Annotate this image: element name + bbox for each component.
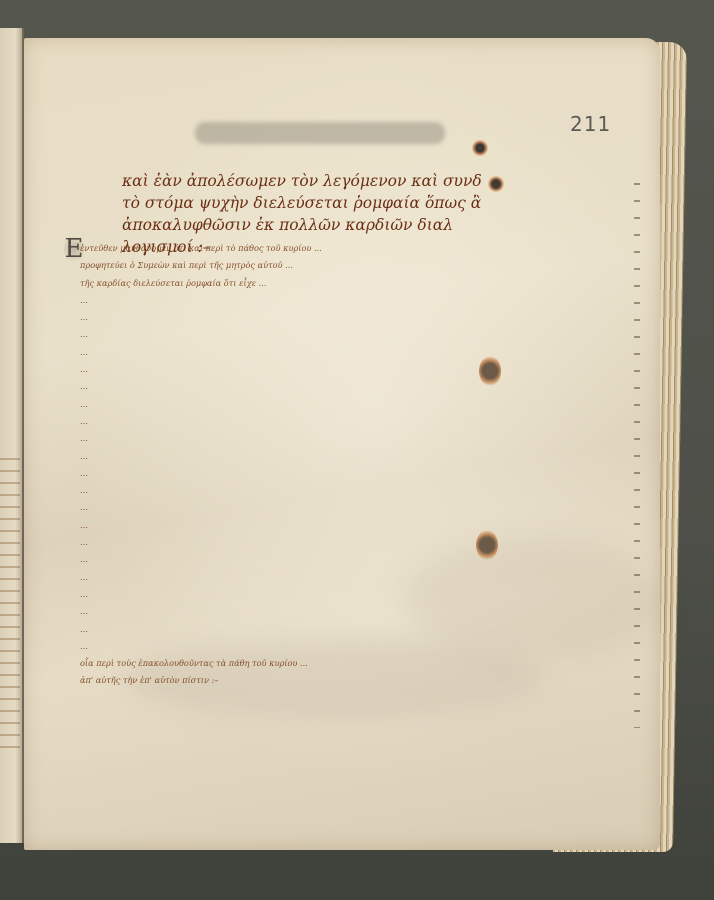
text-line: ... bbox=[80, 448, 500, 465]
text-line: ... bbox=[80, 378, 500, 395]
text-line: ... bbox=[80, 517, 500, 534]
text-line: ... bbox=[80, 430, 500, 447]
cross-ornament-icon bbox=[488, 176, 504, 192]
text-line: ... bbox=[80, 396, 500, 413]
text-line: ἐντεῦθεν μανθάνομεν ὅτι καὶ περὶ τὸ πάθο… bbox=[80, 240, 500, 257]
text-line: ... bbox=[80, 482, 500, 499]
text-line: προφητεύει ὁ Συμεὼν καὶ περὶ τῆς μητρὸς … bbox=[80, 257, 500, 274]
faded-title-line bbox=[195, 122, 445, 144]
text-line: ... bbox=[80, 413, 500, 430]
text-line: ... bbox=[80, 465, 500, 482]
text-line: ... bbox=[80, 499, 500, 516]
body-text: ἐντεῦθεν μανθάνομεν ὅτι καὶ περὶ τὸ πάθο… bbox=[80, 240, 500, 690]
text-line: ... bbox=[80, 361, 500, 378]
left-page-text bbox=[0, 448, 20, 748]
heading-line: ἀποκαλυφθῶσιν ἐκ πολλῶν καρδιῶν διαλ bbox=[122, 214, 482, 236]
text-line: ... bbox=[80, 569, 500, 586]
text-line: ... bbox=[80, 551, 500, 568]
heading-line: τὸ στόμα ψυχὴν διελεύσεται ῥομφαία ὅπως … bbox=[122, 192, 482, 214]
cross-ornament-icon bbox=[472, 140, 488, 156]
folio-number: 211 bbox=[570, 112, 611, 136]
text-line: ... bbox=[80, 326, 500, 343]
text-line: ... bbox=[80, 638, 500, 655]
text-line: οἷα περὶ τοὺς ἐπακολουθοῦντας τὰ πάθη το… bbox=[80, 655, 500, 672]
text-line: ... bbox=[80, 603, 500, 620]
heading-line: καὶ ἐὰν ἀπολέσωμεν τὸν λεγόμενον καὶ συν… bbox=[122, 170, 482, 192]
text-line: ... bbox=[80, 534, 500, 551]
text-line: τῆς καρδίας διελεύσεται ῥομφαία ὅτι εἶχε… bbox=[80, 275, 500, 292]
text-line: ... bbox=[80, 621, 500, 638]
pricking-marks bbox=[634, 168, 640, 728]
left-page-edge bbox=[0, 28, 24, 843]
text-line: ... bbox=[80, 309, 500, 326]
text-line: ... bbox=[80, 292, 500, 309]
text-line: ... bbox=[80, 586, 500, 603]
text-line: ... bbox=[80, 344, 500, 361]
text-line: ἀπ' αὐτῆς τὴν ἐπ' αὐτὸν πίστιν :– bbox=[80, 672, 500, 689]
